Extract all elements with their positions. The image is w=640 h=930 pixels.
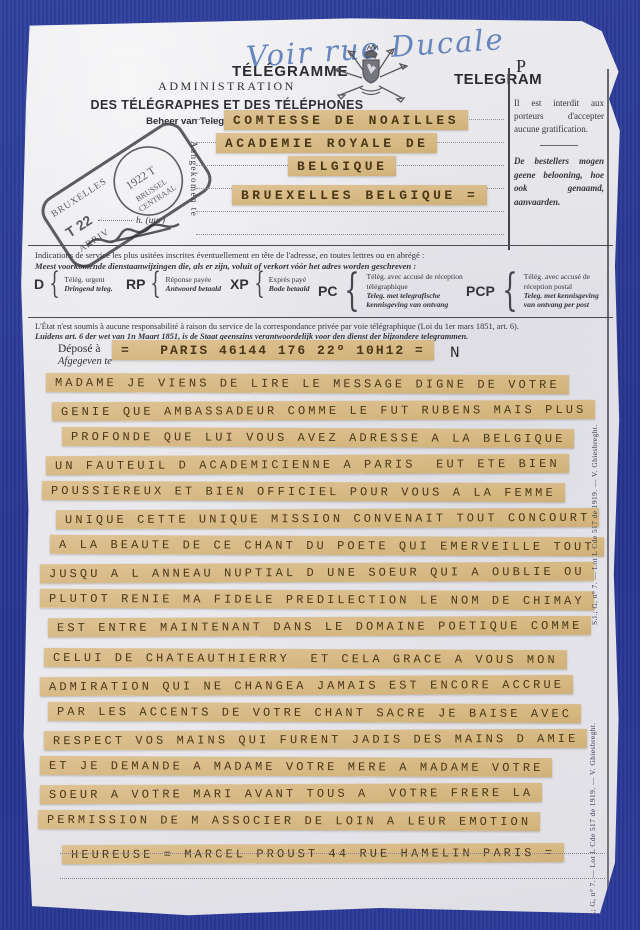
brace-glyph: { (151, 269, 162, 299)
right-frame-rule (607, 69, 609, 921)
p-rate-mark: P (516, 56, 526, 77)
message-text: GENIE QUE AMBASSADEUR COMME LE FUT RUBEN… (52, 400, 595, 421)
hour-field-label: h. (uur) (98, 216, 165, 226)
code-label: PC (318, 283, 337, 299)
address-line: ACADEMIE ROYALE DE (216, 133, 437, 153)
message-text: PLUTOT RENIE MA FIDELE PREDILECTION LE N… (40, 589, 594, 610)
message-text: PERMISSION DE M ASSOCIER DE LOIN A LEUR … (38, 810, 540, 831)
message-text: CELUI DE CHATEAUTHIERRY ET CELA GRACE A … (44, 648, 567, 669)
message-line: HEUREUSE = MARCEL PROUST 44 RUE HAMELIN … (62, 844, 618, 866)
code-nl: Bode betaald (269, 284, 310, 293)
code-nl: Teleg. met kennisgeving van ontvang per … (524, 291, 612, 310)
message-line: PLUTOT RENIE MA FIDELE PREDILECTION LE N… (40, 590, 618, 612)
brace-glyph: { (345, 269, 360, 313)
deposited-at-label: Déposé à Afgegeven te (58, 343, 112, 367)
message-text: PROFONDE QUE LUI VOUS AVEZ ADRESSE A LA … (62, 427, 575, 448)
service-code-group: PC { Télég. avec accusé de réception tél… (318, 269, 466, 313)
message-text: POUSSIEREUX ET BIEN OFFICIEL POUR VOUS A… (42, 481, 565, 502)
code-fr: Exprès payé (269, 275, 310, 284)
message-line: UNIQUE CETTE UNIQUE MISSION CONVENAIT TO… (56, 509, 618, 531)
code-label: XP (230, 276, 249, 292)
code-label: PCP (466, 283, 495, 299)
service-codes-row: D { Télég. urgent Dringend teleg. RP { R… (34, 269, 612, 313)
code-nl: Dringend teleg. (64, 284, 113, 293)
legal-disclaimer: L'État n'est soumis à aucune responsabil… (35, 322, 610, 341)
message-line: ET JE DEMANDE A MADAME VOTRE MERE A MADA… (40, 757, 618, 779)
message-line: PROFONDE QUE LUI VOUS AVEZ ADRESSE A LA … (62, 428, 618, 450)
address-strip: BELGIQUE (288, 156, 396, 176)
address-strip: ACADEMIE ROYALE DE (216, 133, 437, 153)
service-indications-intro: Indications de service les plus usitées … (35, 250, 610, 271)
blank-form-rule (60, 878, 605, 879)
postmark-code: T 22 (63, 212, 95, 241)
code-nl: Teleg. met telegrafische kennisgeving va… (366, 291, 466, 310)
message-line: JUSQU A L ANNEAU NUPTIAL D UNE SOEUR QUI… (40, 563, 618, 585)
message-line: GENIE QUE AMBASSADEUR COMME LE FUT RUBEN… (52, 401, 618, 423)
message-text: ET JE DEMANDE A MADAME VOTRE MERE A MADA… (40, 756, 553, 777)
origin-strip: = PARIS 46144 176 22º 10H12 = (112, 340, 434, 360)
telegram-message: MADAME JE VIENS DE LIRE LE MESSAGE DIGNE… (30, 374, 618, 871)
printer-imprint: S.l.; G, n° 7. — Lot L Cde 517 de 1919. … (590, 335, 599, 625)
message-line: EST ENTRE MAINTENANT DANS LE DOMAINE POE… (48, 617, 618, 639)
message-line: ADMIRATION QUI NE CHANGEA JAMAIS EST ENC… (40, 676, 618, 698)
message-text: A LA BEAUTE DE CE CHANT DU POETE QUI EME… (50, 535, 604, 556)
printer-imprint: S.l.; G, n° 7. — Lot L Cde 517 de 1919. … (588, 673, 597, 923)
message-line: CELUI DE CHATEAUTHIERRY ET CELA GRACE A … (44, 649, 618, 671)
header-divider-vertical (508, 68, 510, 250)
service-code-group: XP { Exprès payé Bode betaald (230, 269, 318, 299)
service-code-group: RP { Réponse payée Antwoord betaald (126, 269, 230, 299)
address-line: BRUEXELLES BELGIQUE = (232, 185, 487, 205)
postmark-town-fr: BRUXELLES (50, 177, 109, 220)
arrived-at-label: Aangekomen te (189, 141, 199, 241)
address-line: BELGIQUE (288, 156, 396, 176)
message-line: PAR LES ACCENTS DE VOTRE CHANT SACRE JE … (48, 703, 618, 725)
origin-line: = PARIS 46144 176 22º 10H12 = (112, 340, 434, 360)
message-line: A LA BEAUTE DE CE CHANT DU POETE QUI EME… (50, 536, 618, 558)
message-line: SOEUR A VOTRE MARI AVANT TOUS A VOTRE FR… (40, 784, 618, 806)
address-strip: COMTESSE DE NOAILLES (224, 110, 468, 130)
legal-fr: L'État n'est soumis à aucune responsabil… (35, 322, 610, 331)
code-fr: Réponse payée (166, 275, 222, 284)
address-strip: BRUEXELLES BELGIQUE = (232, 185, 487, 205)
message-line: MADAME JE VIENS DE LIRE LE MESSAGE DIGNE… (46, 374, 618, 396)
message-line: PERMISSION DE M ASSOCIER DE LOIN A LEUR … (38, 811, 618, 833)
address-rule (196, 234, 504, 235)
service-code-group: D { Télég. urgent Dringend teleg. (34, 269, 126, 299)
message-text: PAR LES ACCENTS DE VOTRE CHANT SACRE JE … (48, 702, 581, 723)
no-gratuity-text-fr: Il est interdit aux porteurs d'accepter … (514, 97, 604, 136)
administration-title: ADMINISTRATION (82, 79, 372, 94)
message-line: POUSSIEREUX ET BIEN OFFICIEL POUR VOUS A… (42, 482, 618, 504)
no-gratuity-text-nl: De bestellers mogen geene belooning, hoe… (514, 155, 604, 209)
code-label: RP (126, 276, 145, 292)
brace-glyph: { (502, 269, 517, 313)
message-text: JUSQU A L ANNEAU NUPTIAL D UNE SOEUR QUI… (40, 562, 594, 583)
route-mark: N (450, 344, 460, 362)
message-line: UN FAUTEUIL D ACADEMICIENNE A PARIS EUT … (46, 455, 618, 477)
message-text: UN FAUTEUIL D ACADEMICIENNE A PARIS EUT … (46, 454, 569, 475)
code-fr: Télég. avec accusé de réception télégrap… (366, 272, 466, 291)
telegram-label-nl: TELEGRAM (454, 71, 542, 88)
blank-form-rule (60, 853, 605, 854)
address-rule (196, 211, 504, 212)
service-code-group: PCP { Télég. avec accusé de réception po… (466, 269, 612, 313)
address-line: COMTESSE DE NOAILLES (224, 110, 468, 130)
brace-glyph: { (254, 269, 265, 299)
indications-intro-fr: Indications de service les plus usitées … (35, 250, 610, 260)
deposited-label-nl: Afgegeven te (58, 356, 112, 367)
deposited-label-fr: Déposé à (58, 343, 112, 355)
belgian-telegraph-crest-icon (332, 40, 410, 116)
brace-glyph: { (49, 269, 60, 299)
code-fr: Télég. urgent (64, 275, 113, 284)
photo-background: Voir rue Ducale ADMINISTRATION DES TÉLÉG… (0, 0, 640, 930)
section-rule (28, 245, 613, 246)
message-text: RESPECT VOS MAINS QUI FURENT JADIS DES M… (44, 729, 587, 750)
code-nl: Antwoord betaald (166, 284, 222, 293)
telegram-document: Voir rue Ducale ADMINISTRATION DES TÉLÉG… (20, 13, 621, 917)
message-text: UNIQUE CETTE UNIQUE MISSION CONVENAIT TO… (56, 508, 599, 529)
porter-instructions-box: Il est interdit aux porteurs d'accepter … (514, 97, 604, 209)
message-text: MADAME JE VIENS DE LIRE LE MESSAGE DIGNE… (46, 373, 569, 394)
message-text: EST ENTRE MAINTENANT DANS LE DOMAINE POE… (48, 616, 591, 637)
message-line: RESPECT VOS MAINS QUI FURENT JADIS DES M… (44, 730, 618, 752)
instructions-divider (540, 145, 578, 146)
code-fr: Télég. avec accusé de réception postal (524, 272, 612, 291)
message-text: SOEUR A VOTRE MARI AVANT TOUS A VOTRE FR… (40, 783, 542, 804)
section-rule (28, 317, 613, 318)
message-text: ADMIRATION QUI NE CHANGEA JAMAIS EST ENC… (40, 675, 573, 696)
code-label: D (34, 276, 44, 292)
